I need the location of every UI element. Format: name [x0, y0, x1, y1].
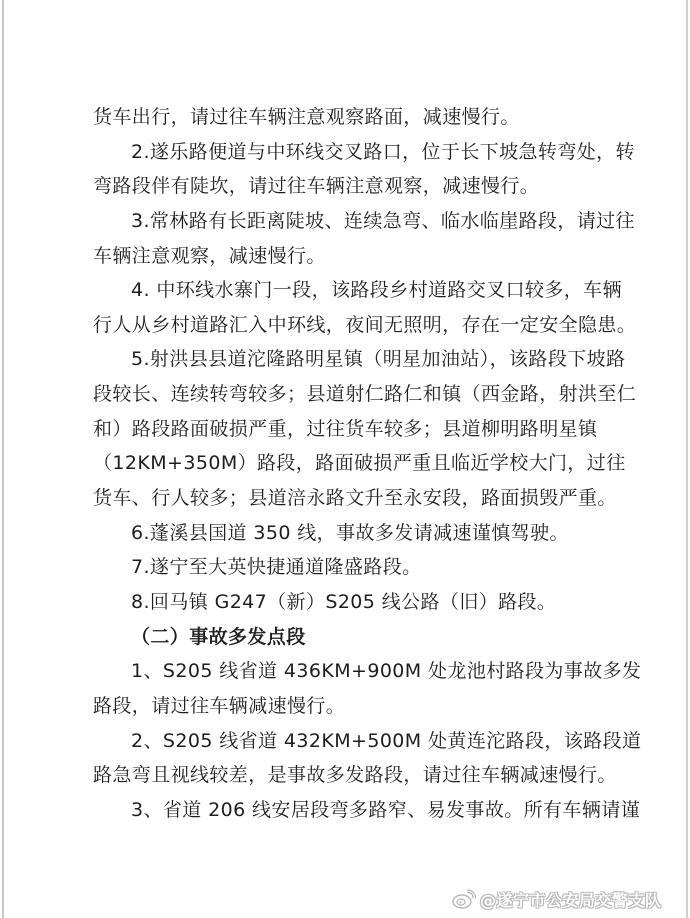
text-line: 弯路段伴有陡坎，请过往车辆注意观察，减速慢行。 — [93, 169, 605, 204]
text-line: 2.遂乐路便道与中环线交叉路口，位于长下坡急转弯处，转 — [93, 135, 605, 170]
text-line: 和）路段路面破损严重，过往货车较多；县道柳明路明星镇 — [93, 412, 605, 447]
text-line: 货车、行人较多；县道涪永路文升至永安段，路面损毁严重。 — [93, 481, 605, 516]
weibo-watermark: @遂宁市公安局交警支队 — [452, 886, 662, 912]
text-line: 4. 中环线水寨门一段，该路段乡村道路交叉口较多，车辆 — [93, 273, 605, 308]
text-line: 7.遂宁至大英快捷通道隆盛路段。 — [93, 550, 605, 585]
document-body: 货车出行，请过往车辆注意观察路面，减速慢行。 2.遂乐路便道与中环线交叉路口，位… — [93, 100, 605, 827]
page-border-right — [686, 0, 688, 918]
text-line: 路段，请过往车辆减速慢行。 — [93, 689, 605, 724]
page-border-left — [2, 0, 4, 918]
section-heading: （二）事故多发点段 — [93, 620, 605, 655]
text-line: （12KM+350M）路段，路面破损严重且临近学校大门，过往 — [93, 446, 605, 481]
text-line: 5.射洪县县道沱隆路明星镇（明星加油站），该路段下坡路 — [93, 342, 605, 377]
text-line: 货车出行，请过往车辆注意观察路面，减速慢行。 — [93, 100, 605, 135]
text-line: 车辆注意观察，减速慢行。 — [93, 239, 605, 274]
text-line: 路急弯且视线较差，是事故多发路段，请过往车辆减速慢行。 — [93, 758, 605, 793]
weibo-icon — [452, 889, 476, 909]
text-line: 段较长、连续转弯较多；县道射仁路仁和镇（西金路，射洪至仁 — [93, 377, 605, 412]
text-line: 8.回马镇 G247（新）S205 线公路（旧）路段。 — [93, 585, 605, 620]
document-page: 货车出行，请过往车辆注意观察路面，减速慢行。 2.遂乐路便道与中环线交叉路口，位… — [0, 0, 690, 918]
text-line: 1、S205 线省道 436KM+900M 处龙池村路段为事故多发 — [93, 654, 605, 689]
text-line: 3.常林路有长距离陡坡、连续急弯、临水临崖路段，请过往 — [93, 204, 605, 239]
watermark-text: @遂宁市公安局交警支队 — [480, 888, 662, 911]
text-line: 3、省道 206 线安居段弯多路窄、易发事故。所有车辆请谨 — [93, 793, 605, 828]
text-line: 2、S205 线省道 432KM+500M 处黄连沱路段，该路段道 — [93, 724, 605, 759]
text-line: 行人从乡村道路汇入中环线，夜间无照明，存在一定安全隐患。 — [93, 308, 605, 343]
text-line: 6.蓬溪县国道 350 线，事故多发请减速谨慎驾驶。 — [93, 516, 605, 551]
